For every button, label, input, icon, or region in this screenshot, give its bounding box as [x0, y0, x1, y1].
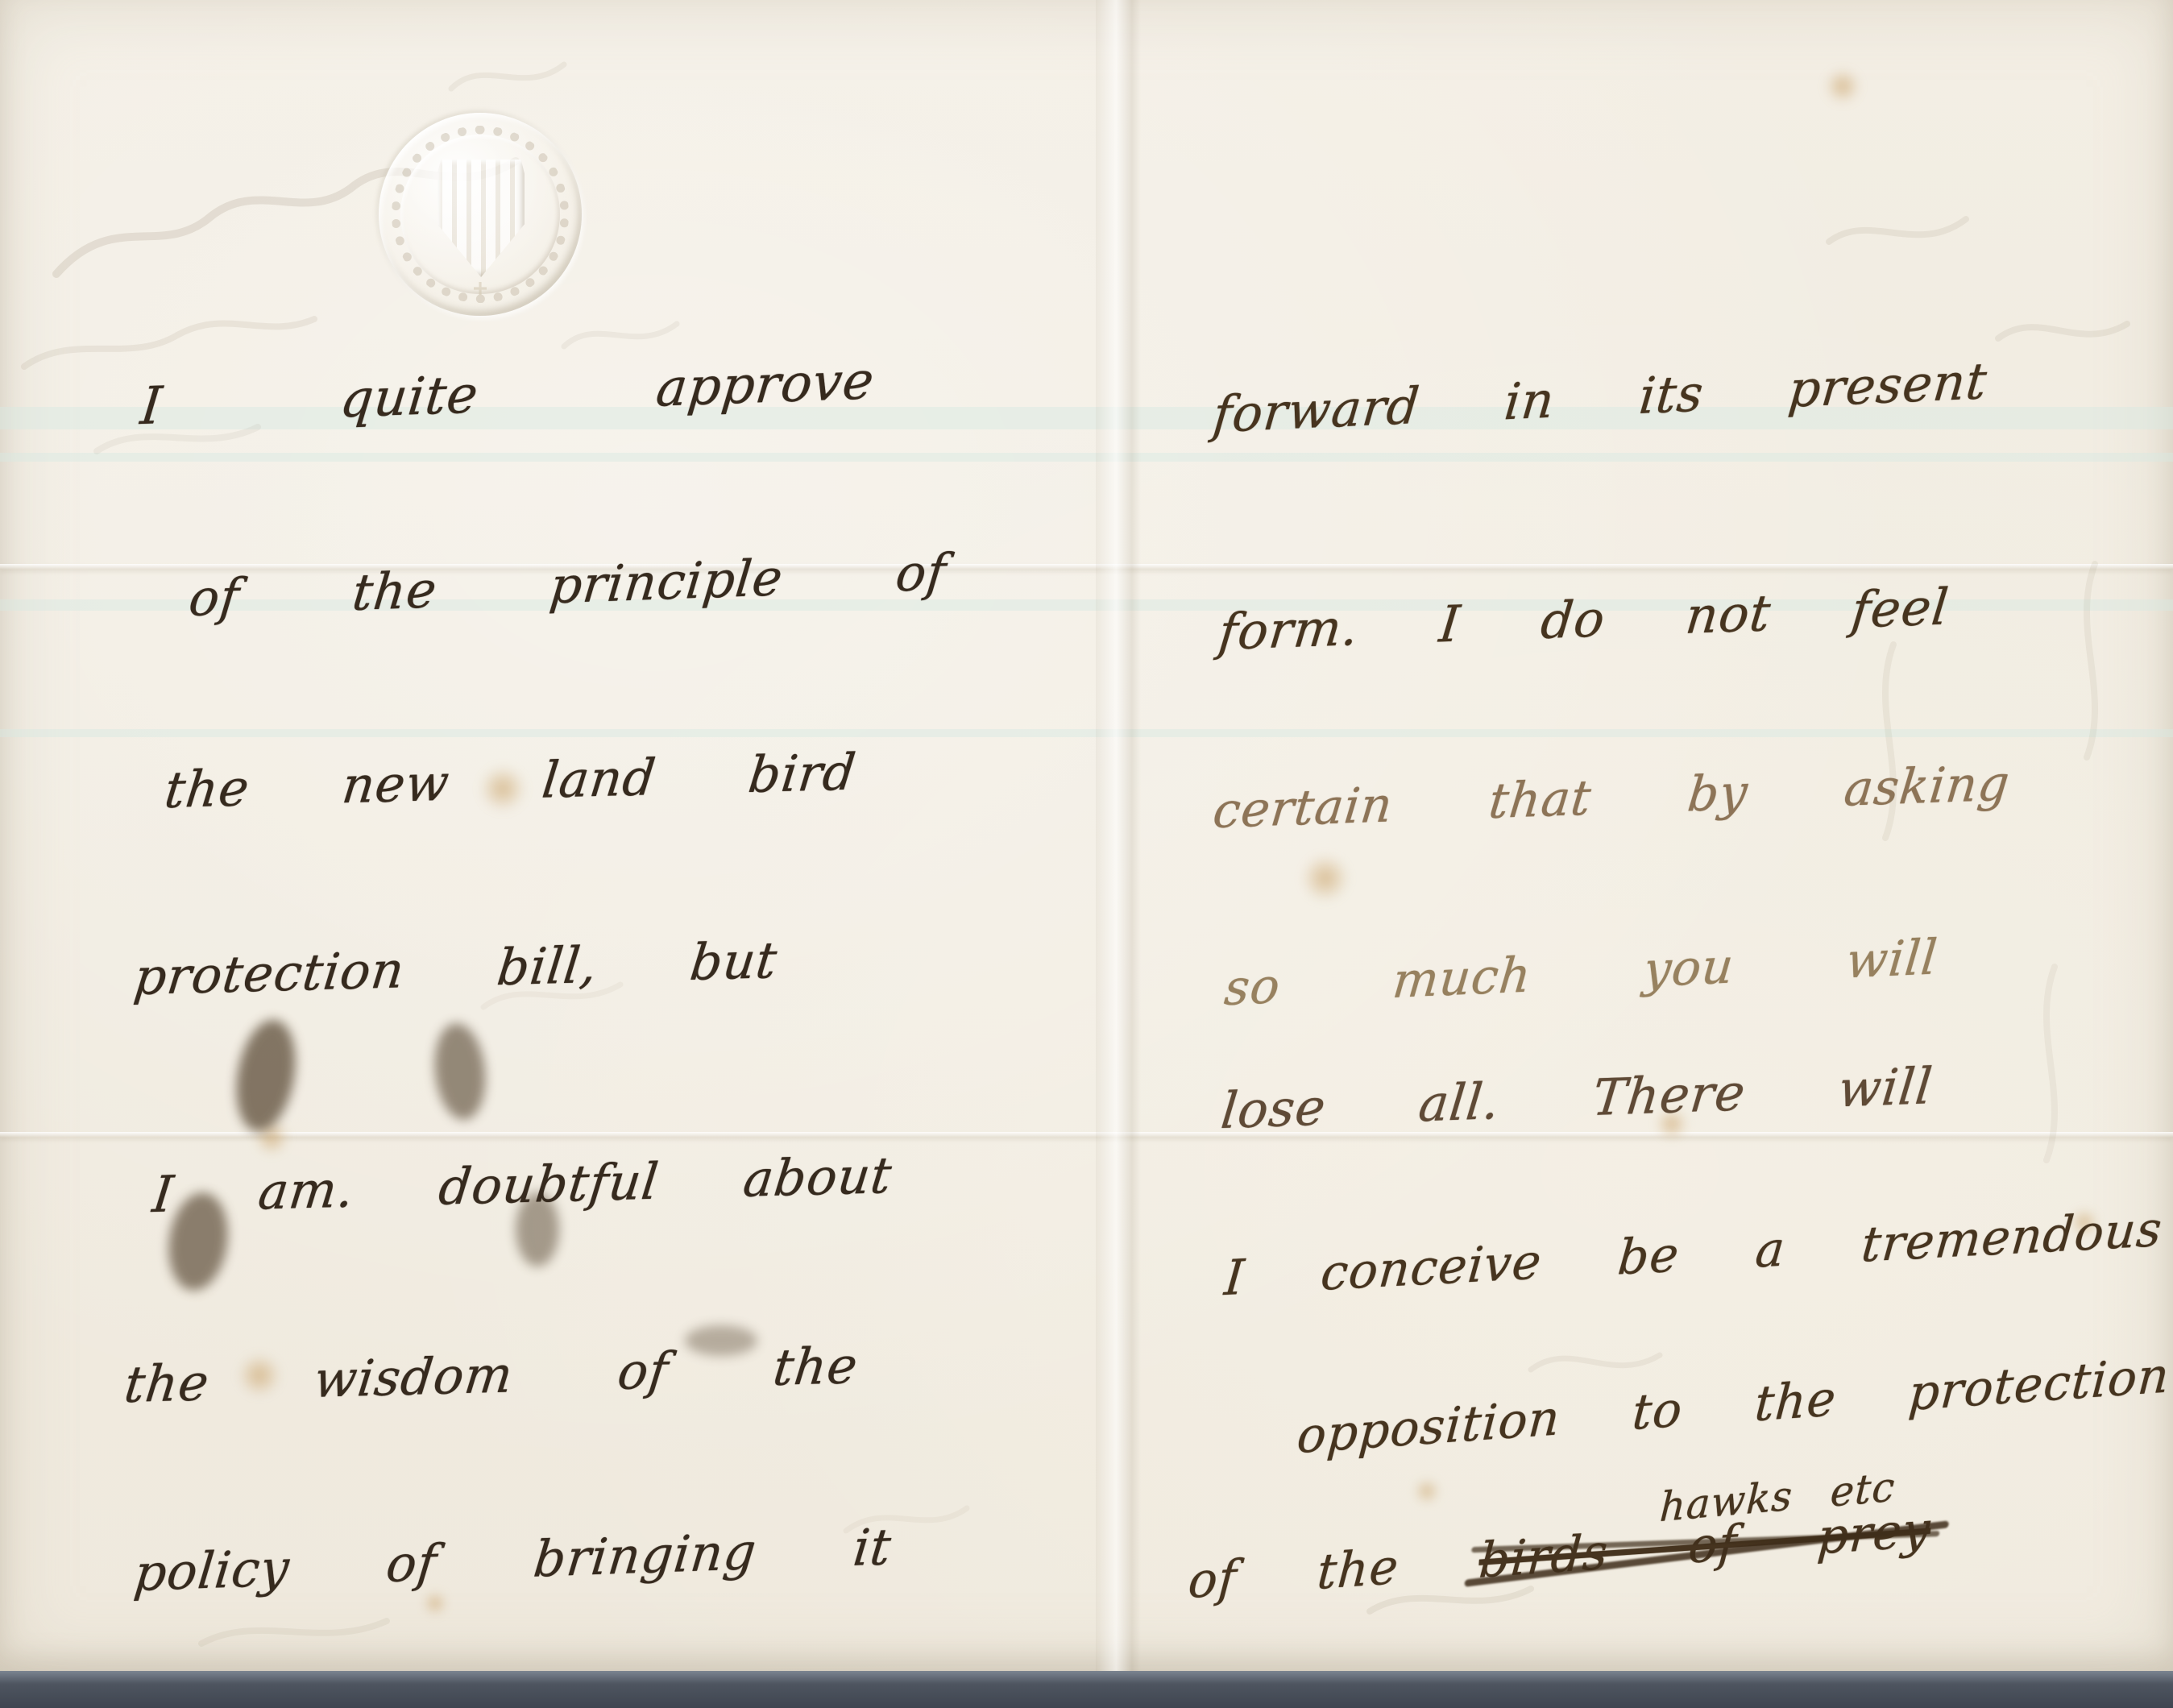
- handwriting-line: the wisdom of the: [122, 1336, 861, 1414]
- scanner-streak: [0, 729, 2173, 737]
- handwriting-line: lose all. There will: [1218, 1056, 1935, 1140]
- ink-smudge: [228, 1015, 303, 1136]
- foxing-spot: [1301, 854, 1350, 902]
- letter-spread: I quite approve of the principle of the …: [0, 0, 2173, 1673]
- fold-crease: [0, 1132, 2173, 1138]
- scanner-streak: [0, 453, 2173, 462]
- scan-background-edge: [0, 1671, 2173, 1708]
- handwriting-line: forward in its present: [1210, 351, 1989, 444]
- foxing-spot: [1825, 68, 1860, 104]
- handwriting-line: of the principle of: [186, 542, 949, 628]
- embossed-seal-icon: [379, 113, 582, 316]
- handwriting-line: opposition to the protection: [1296, 1347, 2172, 1465]
- foxing-spot: [423, 1591, 447, 1615]
- ink-smudge: [430, 1021, 490, 1122]
- handwriting-line: certain that by asking: [1210, 755, 2013, 839]
- center-fold: [1096, 0, 1141, 1673]
- last-line-prefix: of the: [1187, 1538, 1401, 1610]
- foxing-spot: [1414, 1478, 1440, 1504]
- handwriting-line: I am. doubtful about: [150, 1146, 895, 1224]
- handwriting-line: I conceive be a tremendous: [1222, 1201, 2165, 1307]
- handwriting-line: protection bill, but: [131, 931, 781, 1006]
- handwriting-line: I quite approve: [138, 351, 877, 437]
- handwriting-line: form. I do not feel: [1216, 577, 1951, 661]
- handwriting-line-with-strikethrough: of the birds of prey: [1187, 1501, 1933, 1610]
- seal-cross: [474, 282, 487, 295]
- handwriting-line: the new land bird: [162, 742, 860, 819]
- handwriting-line: so much you will: [1222, 929, 1940, 1017]
- handwriting-line: policy of bringing it: [131, 1517, 894, 1602]
- seal-shield: [438, 160, 525, 277]
